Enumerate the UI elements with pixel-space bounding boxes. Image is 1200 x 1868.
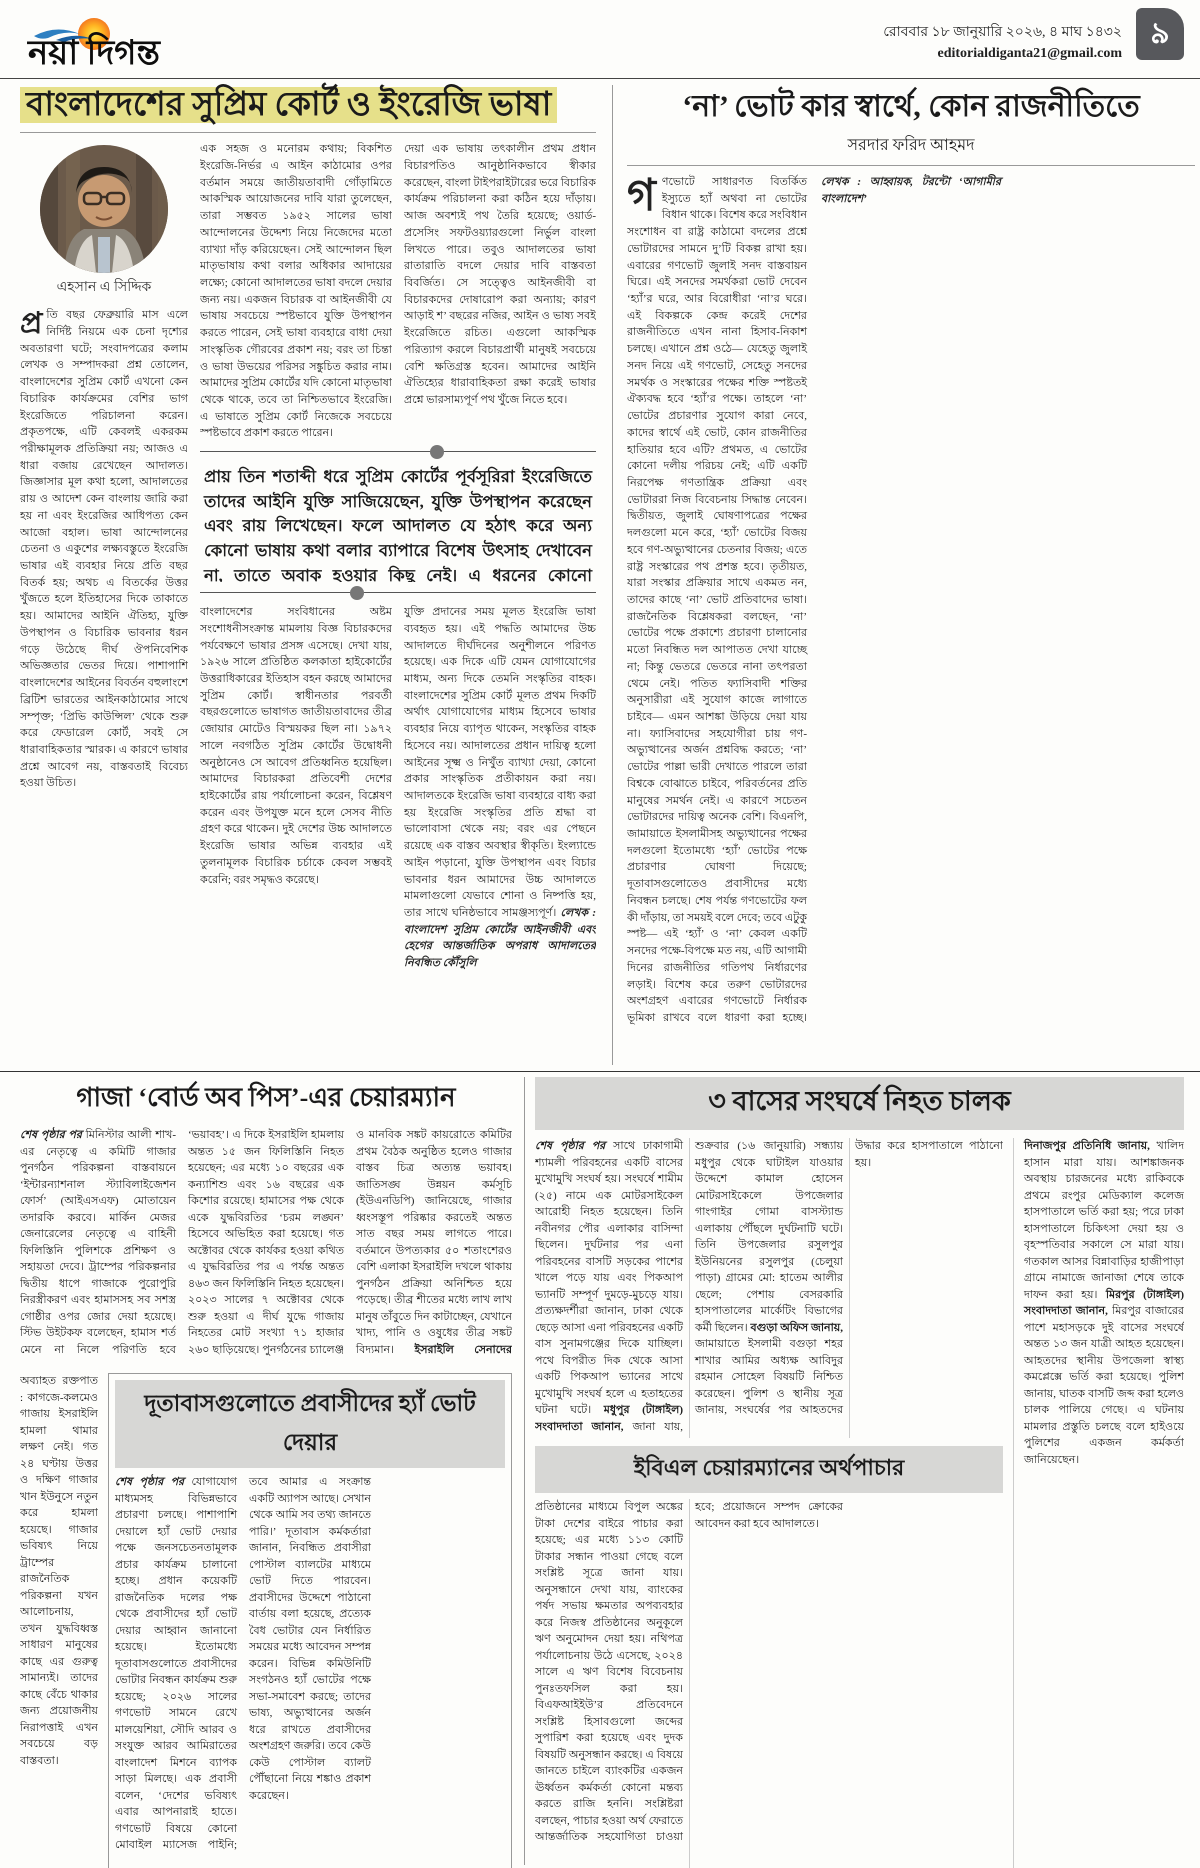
body-text-2: এখানে প্রশ্ন ওঠে— যেহেতু জুলাই সনদ নিয়ে… bbox=[627, 343, 807, 740]
column-1-text: তি বছর ফেব্রুয়ারি মাস এলে নির্দিষ্ট নিয… bbox=[20, 309, 188, 789]
pull-quote: প্রায় তিন শতাব্দী ধরে সুপ্রিম কোর্টের প… bbox=[200, 463, 596, 582]
newspaper-logo: নয়া দিগন্ত bbox=[26, 12, 236, 72]
gaza-continuation-column: অব্যাহত রক্তপাত : কাগজে-কলমেও গাজায় ইসর… bbox=[20, 1373, 98, 1868]
far-right-column: দিনাজপুর প্রতিনিধি জানায়, খালিদ হাসান ম… bbox=[1013, 1138, 1184, 1868]
logo-sun-icon: নয়া দিগন্ত bbox=[26, 12, 236, 72]
article-headline: দূতাবাসগুলোতে প্রবাসীদের হ্যাঁ ভোট দেয়া… bbox=[115, 1380, 505, 1468]
body-column-1: প্রতি বছর ফেব্রুয়ারি মাস এলে নির্দিষ্ট … bbox=[20, 307, 188, 1046]
column-1: এহসান এ সিদ্দিক প্রতি বছর ফেব্রুয়ারি মা… bbox=[20, 141, 188, 1046]
continued-from-label: শেষ পৃষ্ঠার পর bbox=[535, 1140, 605, 1152]
logo-text: নয়া দিগন্ত bbox=[27, 32, 162, 72]
article-right-area: এক সহজ ও মনোরম কথায়; বিকশিত ইংরেজি-নির্… bbox=[200, 141, 596, 1046]
masthead: নয়া দিগন্ত রোববার ১৮ জানুয়ারি ২০২৬, ৪ … bbox=[0, 0, 1200, 79]
article-na-vote: ‘না’ ভোট কার স্বার্থে, কোন রাজনীতিতে সরদ… bbox=[612, 85, 1195, 1065]
column-5-text: যুক্তি প্রদানের সময় মূলত ইংরেজি ভাষা ব্… bbox=[404, 606, 596, 919]
editor-email: editorialdiganta21@gmail.com bbox=[883, 43, 1122, 64]
body-text-3: ফ্যাসিবাদের সহযোগীরা চায় গণ-অভ্যুত্থানে… bbox=[627, 728, 807, 1024]
body-bottom-row: বাংলাদেশের সংবিধানের অষ্টম সংশোধনীসংক্রা… bbox=[200, 604, 596, 1046]
article-body-bus: শেষ পৃষ্ঠার পর সাথে ঢাকাগামী শ্যামলী পরি… bbox=[535, 1138, 1003, 1438]
gaza-lower-row: অব্যাহত রক্তপাত : কাগজে-কলমেও গাজায় ইসর… bbox=[20, 1373, 512, 1868]
divider-dot bbox=[430, 445, 444, 459]
article-embassy-vote: দূতাবাসগুলোতে প্রবাসীদের হ্যাঁ ভোট দেয়া… bbox=[108, 1373, 512, 1868]
bottom-right-main: শেষ পৃষ্ঠার পর সাথে ঢাকাগামী শ্যামলী পরি… bbox=[535, 1138, 1003, 1868]
author-portrait-image bbox=[40, 145, 168, 273]
article-gaza: গাজা ‘বোর্ড অব পিস’-এর চেয়ারম্যান শেষ প… bbox=[20, 1077, 512, 1865]
body-text-1: মিনিস্টার আলী শাখ-এর নেতৃত্বে এ কমিটি গা… bbox=[20, 1129, 512, 1356]
article-body: শেষ পৃষ্ঠার পর যোগাযোগ মাধ্যমসহ বিভিন্নভ… bbox=[115, 1474, 505, 1866]
author-footnote: লেখক : আহ্বায়ক, টরন্টো ‘আগামীর বাংলাদেশ… bbox=[821, 176, 1001, 205]
body-text-1: খালিদ হাসান মারা যায়। আশঙ্কাজনক অবস্থায… bbox=[1024, 1140, 1184, 1301]
article-headline: বাংলাদেশের সুপ্রিম কোর্ট ও ইংরেজি ভাষা bbox=[20, 85, 596, 126]
main-section: বাংলাদেশের সুপ্রিম কোর্ট ও ইংরেজি ভাষা bbox=[0, 79, 1200, 1071]
article-headline-ebl: ইবিএল চেয়ারম্যানের অর্থপাচার bbox=[535, 1446, 1003, 1493]
author-name: এহসান এ সিদ্দিক bbox=[20, 275, 188, 299]
article-body-ebl: প্রতিষ্ঠানের মাধ্যমে বিপুল অঙ্কের টাকা দ… bbox=[535, 1499, 1003, 1868]
bottom-section: গাজা ‘বোর্ড অব পিস’-এর চেয়ারম্যান শেষ প… bbox=[0, 1073, 1200, 1868]
continued-from-label: শেষ পৃষ্ঠার পর bbox=[115, 1476, 184, 1488]
byline: সরদার ফরিদ আহমদ bbox=[627, 132, 1195, 159]
article-body: শেষ পৃষ্ঠার পর মিনিস্টার আলী শাখ-এর নেতৃ… bbox=[20, 1127, 512, 1365]
article-headline-bus: ৩ বাসের সংঘর্ষে নিহত চালক bbox=[535, 1077, 1184, 1130]
section-divider bbox=[0, 1071, 1200, 1072]
headline-rule bbox=[20, 132, 596, 133]
dateline: বগুড়া অফিস জানায়, bbox=[750, 1322, 843, 1334]
author-photo bbox=[40, 145, 168, 273]
article-supreme-court: বাংলাদেশের সুপ্রিম কোর্ট ও ইংরেজি ভাষা bbox=[20, 85, 596, 1065]
drop-cap: গ bbox=[627, 174, 662, 216]
newspaper-page: নয়া দিগন্ত রোববার ১৮ জানুয়ারি ২০২৬, ৪ … bbox=[0, 0, 1200, 1868]
drop-cap: প্র bbox=[20, 307, 46, 339]
body-text: যোগাযোগ মাধ্যমসহ বিভিন্নভাবে প্রচারণা চল… bbox=[115, 1476, 371, 1851]
divider-dot bbox=[350, 586, 364, 600]
date-block: রোববার ১৮ জানুয়ারি ২০২৬, ৪ মাঘ ১৪৩২ edi… bbox=[883, 22, 1122, 64]
byline-rule bbox=[627, 165, 1195, 166]
body-text-1: সাথে ঢাকাগামী শ্যামলী পরিবহনের একটি বাসে… bbox=[535, 1140, 683, 1416]
body-column-5: যুক্তি প্রদানের সময় মূলত ইংরেজি ভাষা ব্… bbox=[404, 604, 596, 1046]
article-headline: ‘না’ ভোট কার স্বার্থে, কোন রাজনীতিতে bbox=[627, 87, 1195, 126]
continued-from-label: শেষ পৃষ্ঠার পর bbox=[20, 1129, 82, 1141]
pullquote-divider-bottom bbox=[200, 586, 596, 600]
article-headline: গাজা ‘বোর্ড অব পিস’-এর চেয়ারম্যান bbox=[20, 1077, 512, 1121]
date-line: রোববার ১৮ জানুয়ারি ২০২৬, ৪ মাঘ ১৪৩২ bbox=[883, 22, 1122, 43]
bottom-right-zone: ৩ বাসের সংঘর্ষে নিহত চালক শেষ পৃষ্ঠার পর… bbox=[524, 1077, 1184, 1865]
body-column-3: দেয়া এক ভাষায় তৎকালীন প্রথম প্রধান বিচ… bbox=[404, 141, 596, 441]
body-top-row: এক সহজ ও মনোরম কথায়; বিকশিত ইংরেজি-নির্… bbox=[200, 141, 596, 441]
body-column-4: বাংলাদেশের সংবিধানের অষ্টম সংশোধনীসংক্রা… bbox=[200, 604, 392, 1046]
body-text: প্রতিষ্ঠানের মাধ্যমে বিপুল অঙ্কের টাকা দ… bbox=[535, 1501, 843, 1843]
dateline: দিনাজপুর প্রতিনিধি জানায়, bbox=[1024, 1140, 1150, 1152]
page-number-badge: ৯ bbox=[1136, 8, 1184, 60]
pullquote-divider-top bbox=[200, 445, 596, 459]
headline-text: বাংলাদেশের সুপ্রিম কোর্ট ও ইংরেজি ভাষা bbox=[20, 87, 557, 123]
body-column-2: এক সহজ ও মনোরম কথায়; বিকশিত ইংরেজি-নির্… bbox=[200, 141, 392, 441]
article-body: গণভোটে সাধারণত বিতর্কিত ইস্যুতে হ্যাঁ অথ… bbox=[627, 174, 1195, 1054]
body-text-2: মিরপুর বাজারের পাশে মহাসড়কে দুই বাসের স… bbox=[1024, 1305, 1184, 1466]
